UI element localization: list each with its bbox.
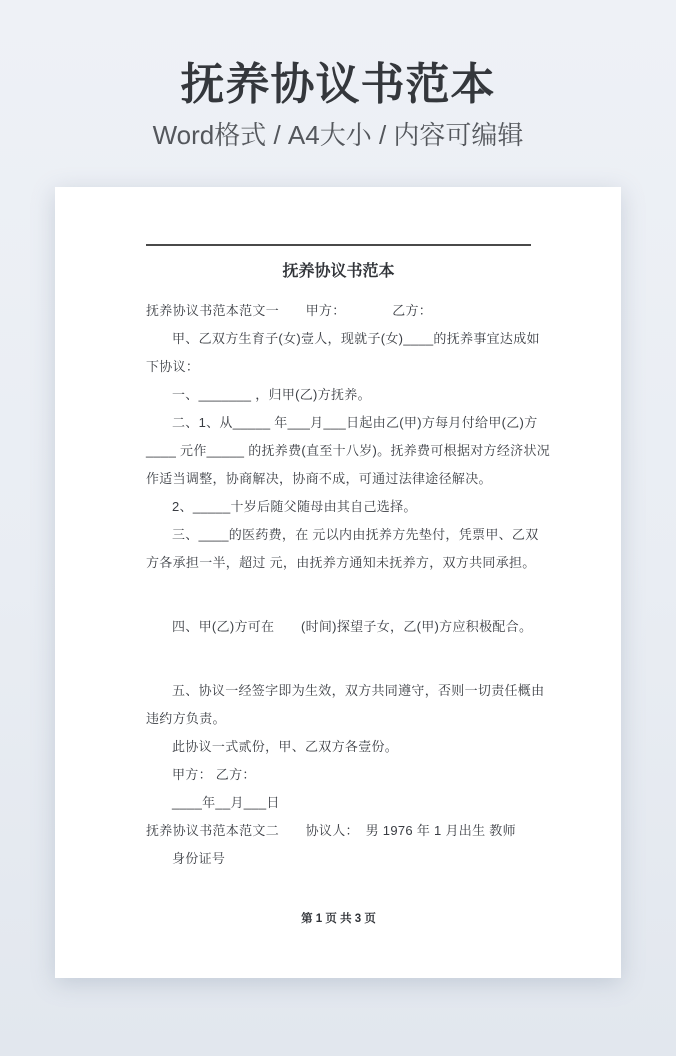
document-line: 甲、乙双方生育子(女)壹人，现就子(女)____的抚养事宜达成如	[146, 325, 531, 353]
document-line: 三、____的医药费，在 元以内由抚养方先垫付，凭票甲、乙双	[146, 521, 531, 549]
document-line	[146, 641, 531, 677]
document-line: 违约方负责。	[146, 705, 531, 733]
template-preview-page: 抚养协议书范本 Word格式 / A4大小 / 内容可编辑 抚养协议书范本 抚养…	[0, 0, 676, 1056]
document-line: 身份证号	[146, 845, 531, 873]
document-line: 此协议一式贰份，甲、乙双方各壹份。	[146, 733, 531, 761]
page-number-indicator: 第 1 页 共 3 页	[146, 911, 531, 927]
document-line: 方各承担一半，超过 元，由抚养方通知未抚养方，双方共同承担。	[146, 549, 531, 577]
document-body: 抚养协议书范本范文一 甲方： 乙方：甲、乙双方生育子(女)壹人，现就子(女)__…	[146, 297, 531, 873]
document-line: 作适当调整，协商解决，协商不成，可通过法律途径解决。	[146, 465, 531, 493]
header: 抚养协议书范本 Word格式 / A4大小 / 内容可编辑	[0, 0, 676, 151]
document-line: 甲方： 乙方：	[146, 761, 531, 789]
document-line: 抚养协议书范本范文一 甲方： 乙方：	[146, 297, 531, 325]
document-line: ____年__月___日	[146, 789, 531, 817]
document-title: 抚养协议书范本	[146, 262, 531, 282]
document-line: 二、1、从_____ 年___月___日起由乙(甲)方每月付给甲(乙)方	[146, 409, 531, 437]
document-line: 四、甲(乙)方可在 (时间)探望子女，乙(甲)方应积极配合。	[146, 613, 531, 641]
document-line: 一、_______ ，归甲(乙)方抚养。	[146, 381, 531, 409]
document-page: 抚养协议书范本 抚养协议书范本范文一 甲方： 乙方：甲、乙双方生育子(女)壹人，…	[55, 187, 621, 978]
page-subtitle: Word格式 / A4大小 / 内容可编辑	[0, 119, 676, 151]
document-line: 五、协议一经签字即为生效，双方共同遵守，否则一切责任概由	[146, 677, 531, 705]
document-line: 下协议：	[146, 353, 531, 381]
document-line: 2、_____十岁后随父随母由其自己选择。	[146, 493, 531, 521]
document-line	[146, 577, 531, 613]
document-line: 抚养协议书范本范文二 协议人： 男 1976 年 1 月出生 教师	[146, 817, 531, 845]
document-header-rule	[146, 244, 531, 246]
document-line: ____ 元作_____ 的抚养费(直至十八岁)。抚养费可根据对方经济状况	[146, 437, 531, 465]
page-title: 抚养协议书范本	[0, 60, 676, 110]
